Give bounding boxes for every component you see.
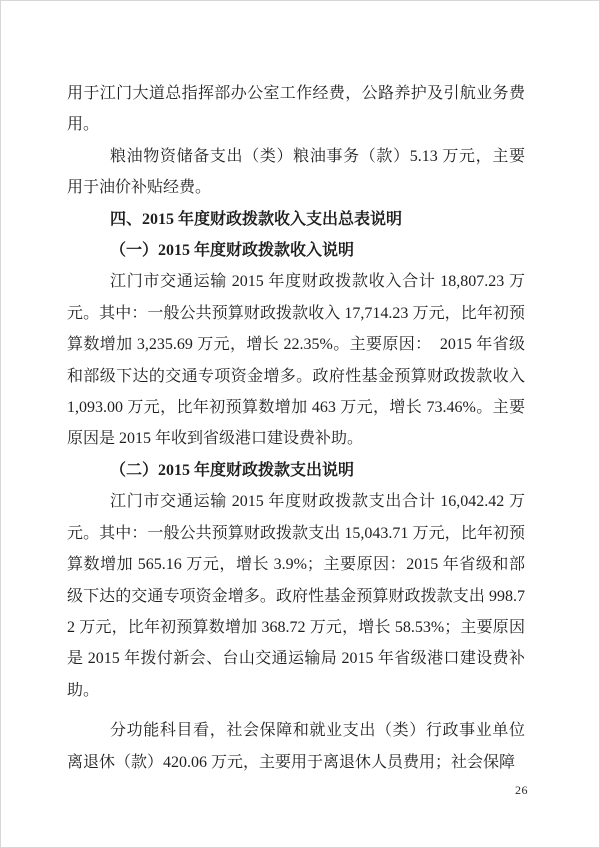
paragraph-continued-from-previous-page: 用于江门大道总指挥部办公室工作经费，公路养护及引航业务费用。 [67, 78, 525, 141]
paragraph-expenditure-explanation: 江门市交通运输 2015 年度财政拨款支出合计 16,042.42 万元。其中：… [67, 486, 525, 706]
subsection-heading-expenditure: （二）2015 年度财政拨款支出说明 [67, 455, 525, 486]
document-text-area: 用于江门大道总指挥部办公室工作经费，公路养护及引航业务费用。 粮油物资储备支出（… [67, 78, 525, 778]
page-number: 26 [515, 783, 528, 797]
section-heading-4: 四、2015 年度财政拨款收入支出总表说明 [67, 204, 525, 235]
paragraph-functional-category: 分功能科目看，社会保障和就业支出（类）行政事业单位离退休（款）420.06 万元… [67, 715, 525, 778]
document-page: 用于江门大道总指挥部办公室工作经费，公路养护及引航业务费用。 粮油物资储备支出（… [0, 0, 600, 848]
subsection-heading-income: （一）2015 年度财政拨款收入说明 [67, 235, 525, 266]
paragraph-income-explanation: 江门市交通运输 2015 年度财政拨款收入合计 18,807.23 万元。其中：… [67, 266, 525, 454]
paragraph-grain-oil-reserve-expense: 粮油物资储备支出（类）粮油事务（款）5.13 万元，主要用于油价补贴经费。 [67, 141, 525, 204]
